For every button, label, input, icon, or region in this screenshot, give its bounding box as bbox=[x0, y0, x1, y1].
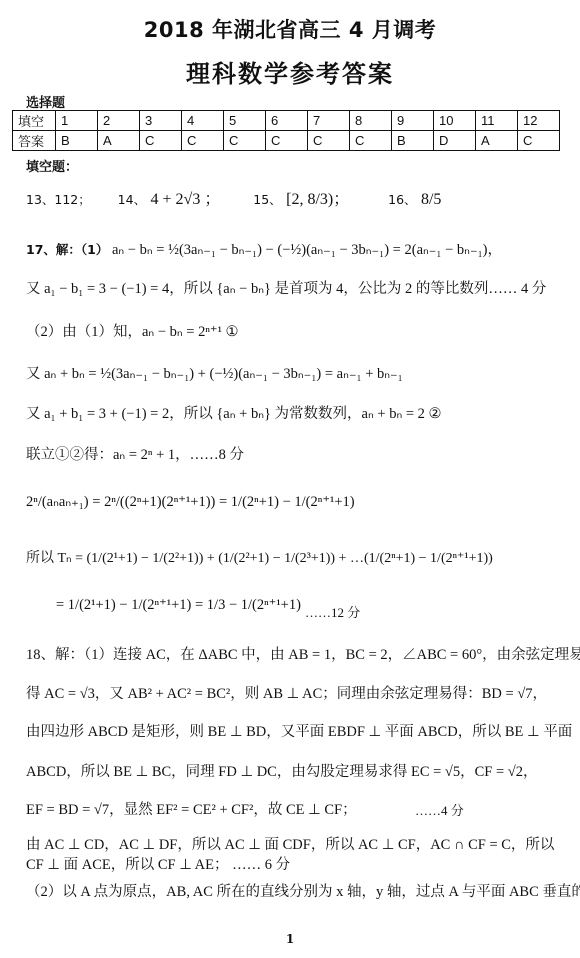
q17-prefix: 17、解：（1） bbox=[26, 242, 108, 257]
q17-recurrence-diff: aₙ − bₙ = ½(3aₙ₋₁ − bₙ₋₁) − (−½)(aₙ₋₁ − … bbox=[112, 242, 502, 258]
fill-answers-row: 13、112； 14、 4 + 2√3 ； 15、 [2, 8/3)； 16、 … bbox=[26, 186, 441, 209]
table-cell: C bbox=[224, 131, 266, 151]
table-row-answers: 答案 B A C C C C C C B D A C bbox=[13, 131, 560, 151]
q18-line5: EF = BD = √7，显然 EF² = CE² + CF²，故 CE ⊥ C… bbox=[26, 798, 357, 819]
q17-solve-line: 联立①②得：aₙ = 2ⁿ + 1，……8 分 bbox=[26, 443, 244, 464]
q17-fraction-split: 2ⁿ/(aₙaₙ₊₁) = 2ⁿ/((2ⁿ+1)(2ⁿ⁺¹+1)) = 1/(2… bbox=[26, 494, 355, 511]
answer-15-label: 15、 bbox=[253, 192, 281, 207]
q18-line1: 18、解：（1）连接 AC，在 ΔABC 中，由 AB = 1，BC = 2，∠… bbox=[26, 643, 580, 664]
table-row-numbers: 填空 1 2 3 4 5 6 7 8 9 10 11 12 bbox=[13, 111, 560, 131]
q18-line6: 由 AC ⊥ CD，AC ⊥ DF，所以 AC ⊥ 面 CDF，所以 AC ⊥ … bbox=[26, 833, 554, 854]
answer-key-title: 理科数学参考答案 bbox=[0, 54, 580, 89]
q17-Tn-sum: 所以 Tₙ = (1/(2¹+1) − 1/(2²+1)) + (1/(2²+1… bbox=[26, 547, 493, 567]
q17-part1-line: 17、解：（1） aₙ − bₙ = ½(3aₙ₋₁ − bₙ₋₁) − (−½… bbox=[26, 238, 502, 259]
q18-line4: ABCD，所以 BE ⊥ BC，同理 FD ⊥ DC，由勾股定理易求得 EC =… bbox=[26, 760, 538, 781]
table-cell: C bbox=[266, 131, 308, 151]
table-cell: 1 bbox=[56, 111, 98, 131]
table-cell: B bbox=[392, 131, 434, 151]
exam-title: 2018 年湖北省高三 4 月调考 bbox=[0, 14, 580, 44]
page-number: 1 bbox=[0, 932, 580, 946]
answer-13: 13、112； bbox=[26, 192, 91, 207]
row-label-numbers: 填空 bbox=[13, 111, 56, 131]
table-cell: 9 bbox=[392, 111, 434, 131]
table-cell: D bbox=[434, 131, 476, 151]
table-cell: 6 bbox=[266, 111, 308, 131]
table-cell: 3 bbox=[140, 111, 182, 131]
answer-16-value: 8/5 bbox=[421, 191, 441, 208]
table-cell: 8 bbox=[350, 111, 392, 131]
q17-constant-line: 又 a₁ + b₁ = 3 + (−1) = 2，所以 {aₙ + bₙ} 为常… bbox=[26, 402, 442, 423]
q17-geometric-line: 又 a₁ − b₁ = 3 − (−1) = 4，所以 {aₙ − bₙ} 是首… bbox=[26, 277, 546, 298]
q18-line3: 由四边形 ABCD 是矩形，则 BE ⊥ BD，又平面 EBDF ⊥ 平面 AB… bbox=[26, 720, 572, 741]
table-cell: C bbox=[140, 131, 182, 151]
q18-line7: CF ⊥ 面 ACE，所以 CF ⊥ AE； …… 6 分 bbox=[26, 853, 290, 874]
q17-Tn-result: = 1/(2¹+1) − 1/(2ⁿ⁺¹+1) = 1/3 − 1/(2ⁿ⁺¹+… bbox=[56, 597, 301, 614]
table-cell: C bbox=[350, 131, 392, 151]
table-cell: 12 bbox=[518, 111, 560, 131]
choice-answer-table: 填空 1 2 3 4 5 6 7 8 9 10 11 12 答案 B A C C… bbox=[12, 110, 560, 151]
table-cell: A bbox=[98, 131, 140, 151]
table-cell: 4 bbox=[182, 111, 224, 131]
table-cell: B bbox=[56, 131, 98, 151]
q17-score-12: ……12 分 bbox=[305, 602, 360, 621]
table-cell: 11 bbox=[476, 111, 518, 131]
section-choice-label: 选择题 bbox=[26, 92, 65, 111]
q18-line8: （2）以 A 点为原点，AB, AC 所在的直线分别为 x 轴，y 轴，过点 A… bbox=[26, 880, 580, 901]
table-cell: C bbox=[308, 131, 350, 151]
table-cell: 2 bbox=[98, 111, 140, 131]
table-cell: 7 bbox=[308, 111, 350, 131]
table-cell: 5 bbox=[224, 111, 266, 131]
answer-14-label: 14、 bbox=[118, 192, 146, 207]
table-cell: 10 bbox=[434, 111, 476, 131]
q17-part2-line: （2）由（1）知，aₙ − bₙ = 2ⁿ⁺¹ ① bbox=[26, 320, 239, 341]
q17-recurrence-sum: 又 aₙ + bₙ = ½(3aₙ₋₁ − bₙ₋₁) + (−½)(aₙ₋₁ … bbox=[26, 362, 403, 383]
answer-14-value: 4 + 2√3 ； bbox=[151, 191, 221, 208]
table-cell: C bbox=[518, 131, 560, 151]
q18-line2: 得 AC = √3，又 AB² + AC² = BC²，则 AB ⊥ AC；同理… bbox=[26, 682, 547, 703]
q18-score-4: ……4 分 bbox=[415, 800, 464, 819]
table-cell: A bbox=[476, 131, 518, 151]
table-cell: C bbox=[182, 131, 224, 151]
row-label-answers: 答案 bbox=[13, 131, 56, 151]
section-fill-label: 填空题： bbox=[26, 156, 78, 175]
answer-15-value: [2, 8/3)； bbox=[286, 191, 349, 208]
answer-16-label: 16、 bbox=[388, 192, 416, 207]
